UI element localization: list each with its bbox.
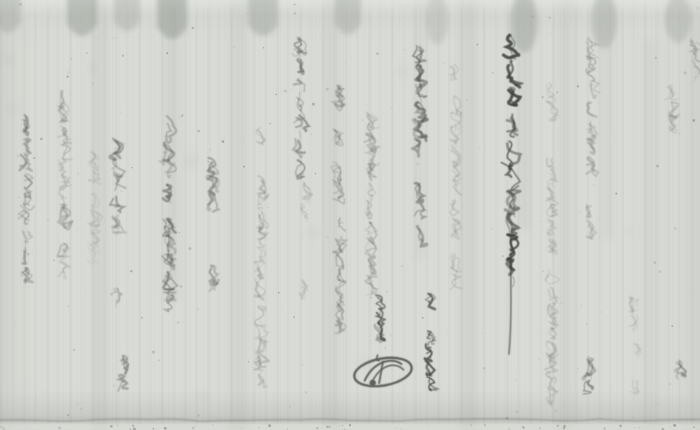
ink-column (18, 115, 34, 283)
ink-column (629, 296, 641, 394)
bottom-ink-mark (118, 355, 128, 391)
ink-column (300, 182, 313, 300)
ink-column (292, 37, 309, 179)
ink-bleed-stain (0, 0, 21, 33)
ink-bleed-stain (426, 0, 448, 45)
ink-bleed-stain (665, 0, 691, 43)
ink-column (586, 38, 600, 239)
ink-bleed-stain (157, 0, 187, 39)
signature-column (375, 295, 386, 342)
ink-column (364, 112, 379, 296)
ink-column (207, 158, 220, 291)
ink-column (665, 85, 679, 133)
ink-column (689, 39, 700, 81)
ink-column (57, 90, 72, 278)
manuscript-ink-layer (0, 0, 700, 430)
bottom-ink-mark (675, 360, 686, 379)
ink-bleed-stain (248, 0, 278, 36)
ink-column (545, 83, 559, 407)
ink-bleed-stain (114, 0, 140, 31)
ink-column (109, 139, 126, 308)
ink-column (253, 127, 269, 387)
scanned-document-page: Scanned page of a faded early-modern Jap… (0, 0, 700, 430)
heading-trailing-stroke (509, 228, 512, 354)
signature-column (425, 293, 438, 390)
bottom-ink-mark (583, 357, 596, 394)
